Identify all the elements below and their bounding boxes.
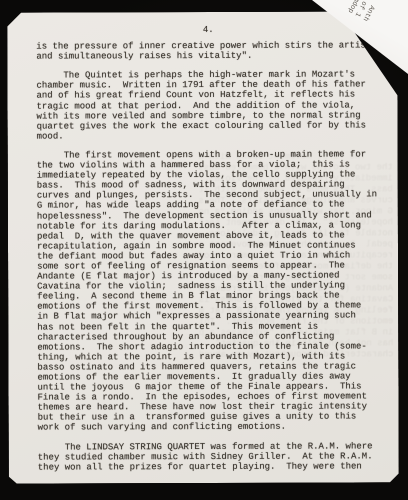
page-number: 4. bbox=[36, 24, 380, 35]
paragraph-opening-continuation: is the pressure of inner creative power … bbox=[36, 40, 380, 61]
paragraph-lindsay-quartet: The LINDSAY STRING QUARTET was formed at… bbox=[38, 441, 382, 472]
document-page: The first movement opens with a broken-u… bbox=[7, 11, 399, 483]
folded-corner-text-fragments: Anth of 1 mdop bbox=[345, 0, 375, 22]
paragraph-first-movement: The first movement opens with a broken-u… bbox=[37, 149, 382, 433]
paragraph-quintet: The Quintet is perhaps the high-water ma… bbox=[36, 70, 380, 142]
page-text-column: 4. is the pressure of inner creative pow… bbox=[36, 24, 382, 472]
